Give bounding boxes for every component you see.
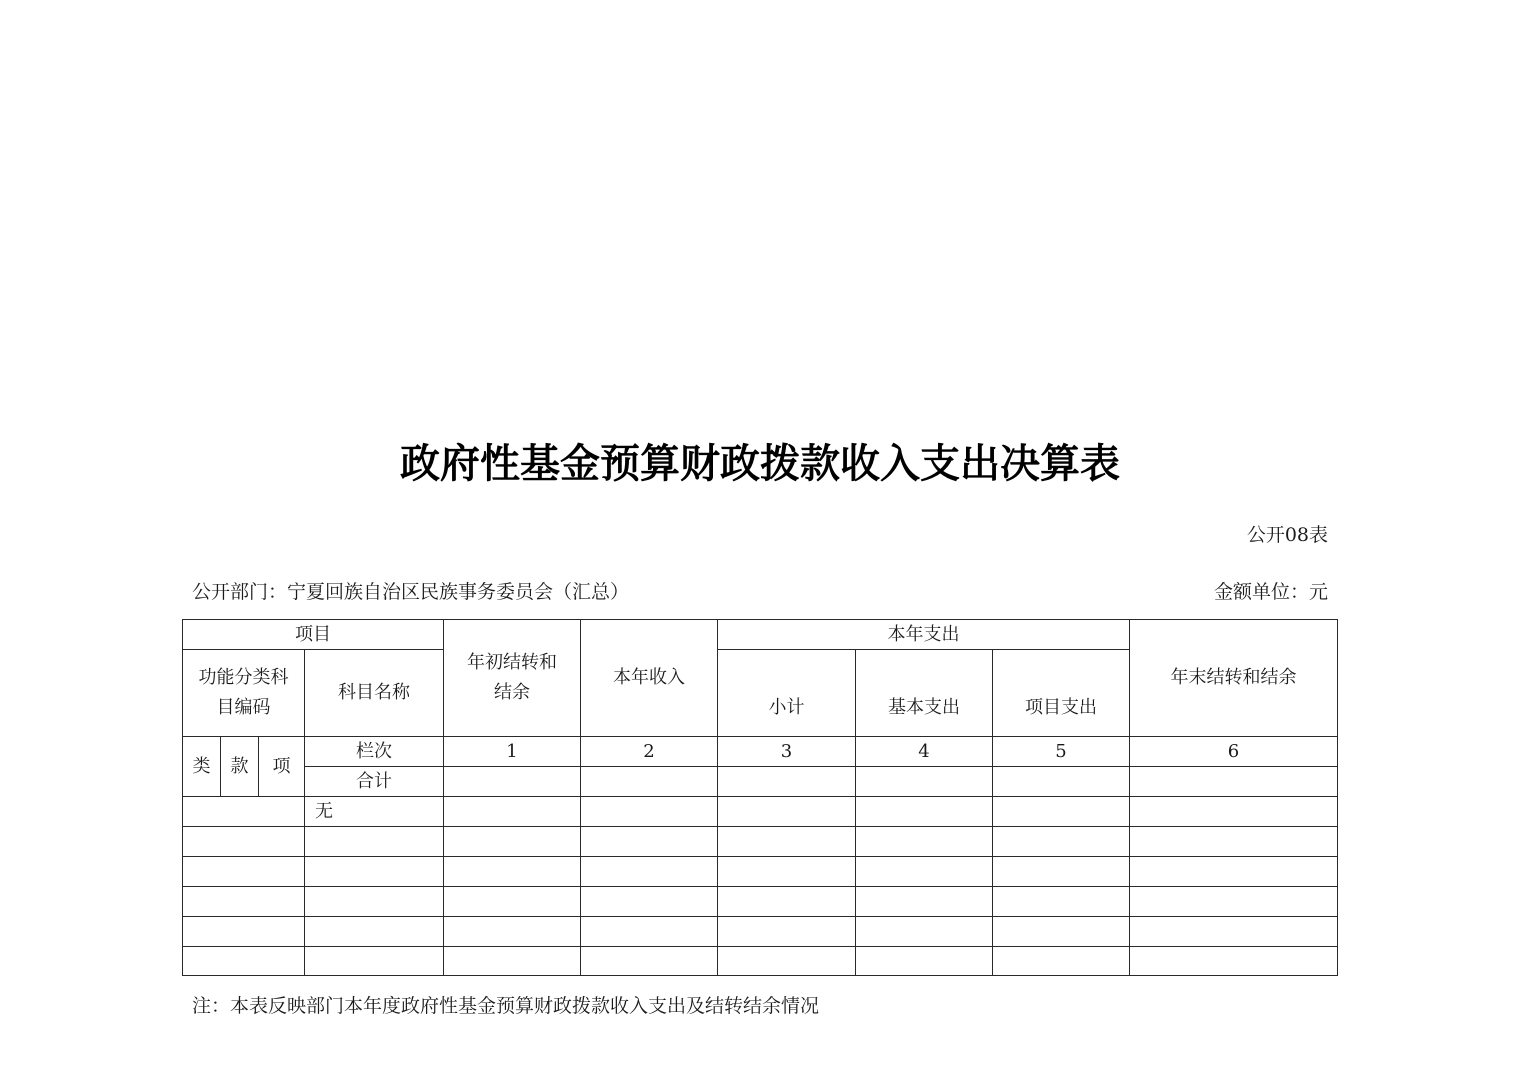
total-cell (444, 767, 581, 797)
row-cell (1130, 797, 1338, 827)
row-cell (581, 827, 718, 857)
budget-table: 项目 年初结转和结余 本年收入 本年支出 年末结转和结余 功能分类科目编码 科目… (182, 619, 1338, 976)
row-name: 无 (305, 797, 444, 827)
header-current-expense: 本年支出 (718, 620, 1130, 650)
total-cell (581, 767, 718, 797)
row-cell (993, 827, 1130, 857)
header-project-expense: 项目支出 (993, 650, 1130, 737)
row-code (183, 797, 305, 827)
row-cell (856, 857, 993, 887)
header-category: 类 (183, 737, 221, 797)
footnote: 注：本表反映部门本年度政府性基金预算财政拨款收入支出及结转结余情况 (192, 991, 819, 1018)
total-cell (856, 767, 993, 797)
row-cell (856, 827, 993, 857)
row-cell (1130, 887, 1338, 917)
row-cell (444, 947, 581, 976)
row-cell (718, 917, 856, 947)
header-section: 款 (221, 737, 259, 797)
row-cell (444, 917, 581, 947)
header-func-code: 功能分类科目编码 (183, 650, 305, 737)
header-opening-balance: 年初结转和结余 (444, 620, 581, 737)
table-row: 无 (183, 797, 1338, 827)
column-number-1: 1 (444, 737, 581, 767)
header-opening-balance-label: 年初结转和结余 (462, 648, 562, 708)
row-name (305, 827, 444, 857)
row-name (305, 947, 444, 976)
row-cell (718, 887, 856, 917)
row-name (305, 857, 444, 887)
header-current-income: 本年收入 (581, 620, 718, 737)
row-code (183, 887, 305, 917)
row-cell (993, 857, 1130, 887)
header-item: 项目 (183, 620, 444, 650)
row-name (305, 887, 444, 917)
row-cell (581, 857, 718, 887)
row-cell (993, 887, 1130, 917)
row-cell (581, 797, 718, 827)
column-number-2: 2 (581, 737, 718, 767)
row-cell (993, 797, 1130, 827)
row-cell (444, 797, 581, 827)
row-cell (718, 947, 856, 976)
row-cell (444, 827, 581, 857)
header-item-code: 项 (259, 737, 305, 797)
row-cell (444, 887, 581, 917)
row-cell (718, 857, 856, 887)
column-number-6: 6 (1130, 737, 1338, 767)
row-cell (856, 917, 993, 947)
row-cell (718, 827, 856, 857)
header-basic-expense: 基本支出 (856, 650, 993, 737)
row-cell (1130, 827, 1338, 857)
header-subtotal: 小计 (718, 650, 856, 737)
column-number-5: 5 (993, 737, 1130, 767)
table-row (183, 917, 1338, 947)
column-number-4: 4 (856, 737, 993, 767)
total-cell (993, 767, 1130, 797)
row-code (183, 857, 305, 887)
table-row (183, 827, 1338, 857)
currency-unit-label: 金额单位：元 (1214, 577, 1328, 604)
header-closing-balance: 年末结转和结余 (1130, 620, 1338, 737)
row-cell (993, 947, 1130, 976)
row-cell (856, 887, 993, 917)
row-cell (444, 857, 581, 887)
header-column-index: 栏次 (305, 737, 444, 767)
row-cell (1130, 917, 1338, 947)
total-cell (718, 767, 856, 797)
row-cell (1130, 857, 1338, 887)
total-cell (1130, 767, 1338, 797)
row-cell (856, 797, 993, 827)
row-code (183, 947, 305, 976)
department-label: 公开部门：宁夏回族自治区民族事务委员会（汇总） (192, 577, 629, 604)
row-cell (1130, 947, 1338, 976)
header-subject-name: 科目名称 (305, 650, 444, 737)
column-number-3: 3 (718, 737, 856, 767)
header-func-code-label: 功能分类科目编码 (194, 663, 294, 723)
row-cell (581, 947, 718, 976)
row-code (183, 917, 305, 947)
document-title: 政府性基金预算财政拨款收入支出决算表 (0, 432, 1520, 489)
table-row (183, 857, 1338, 887)
row-name (305, 917, 444, 947)
row-cell (581, 917, 718, 947)
row-cell (718, 797, 856, 827)
table-row (183, 947, 1338, 976)
row-cell (993, 917, 1130, 947)
table-row (183, 887, 1338, 917)
form-number: 公开08表 (1247, 520, 1328, 547)
row-code (183, 827, 305, 857)
row-cell (856, 947, 993, 976)
row-cell (581, 887, 718, 917)
total-label: 合计 (305, 767, 444, 797)
